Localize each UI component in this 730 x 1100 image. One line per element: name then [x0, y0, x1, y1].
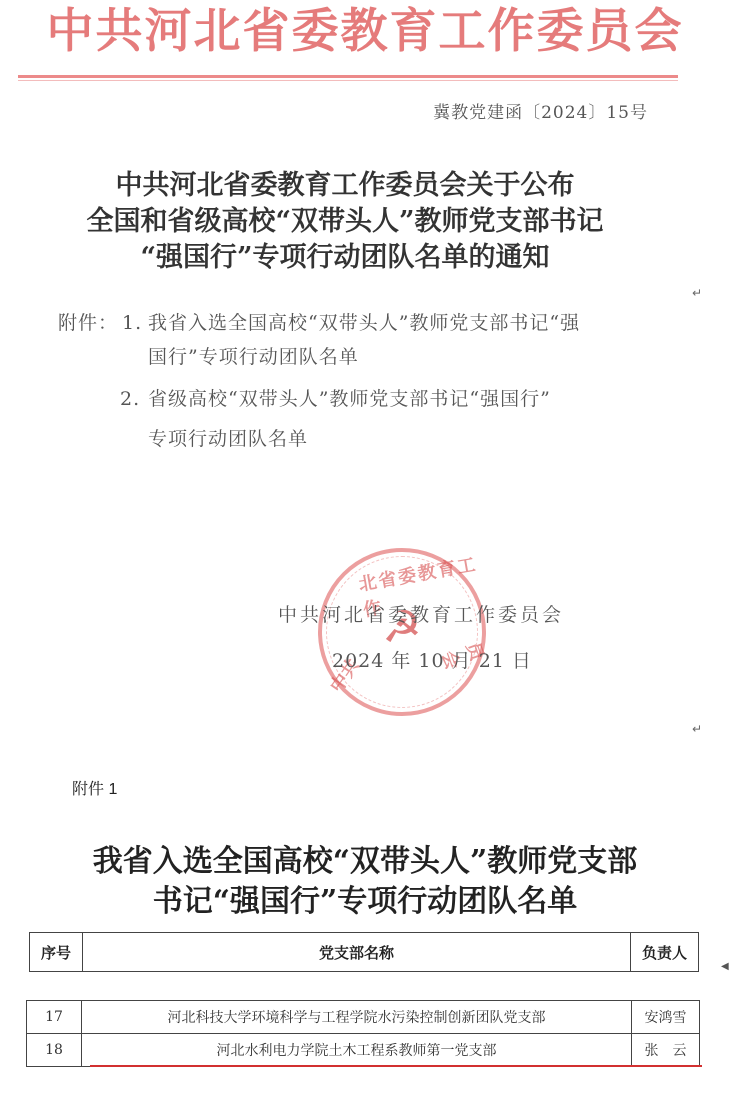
annex-title-line-2: 书记“强国行”专项行动团队名单 [0, 882, 730, 922]
attachment-1-number: 1. [122, 310, 142, 336]
attachment-1-line-1: 我省入选全国高校“双带头人”教师党支部书记“强 [148, 310, 580, 336]
attachment-2-line-2: 专项行动团队名单 [148, 426, 308, 452]
letterhead-rule [18, 75, 678, 78]
table-row: 17 河北科技大学环境科学与工程学院水污染控制创新团队党支部 安鸿雪 [27, 1001, 700, 1034]
branch-table: 17 河北科技大学环境科学与工程学院水污染控制创新团队党支部 安鸿雪 18 河北… [26, 1000, 700, 1067]
row-branch-name: 河北水利电力学院土木工程系教师第一党支部 [82, 1034, 632, 1067]
notice-title-line-2: 全国和省级高校“双带头人”教师党支部书记 [0, 204, 690, 240]
header-no: 序号 [30, 933, 83, 972]
paragraph-mark-icon: ↵ [692, 286, 702, 300]
attachments-prefix: 附件： [58, 310, 118, 336]
row-branch-name: 河北科技大学环境科学与工程学院水污染控制创新团队党支部 [82, 1001, 632, 1034]
highlight-underline [90, 1065, 702, 1067]
row-leader: 张 云 [632, 1034, 700, 1067]
table-row: 18 河北水利电力学院土木工程系教师第一党支部 张 云 [27, 1034, 700, 1067]
header-leader: 负责人 [631, 933, 699, 972]
document-number: 冀教党建函〔2024〕15号 [433, 98, 648, 123]
letterhead-org-name: 中共河北省委教育工作委员会 [0, 2, 730, 62]
attachment-2-line-1: 省级高校“双带头人”教师党支部书记“强国行” [148, 386, 551, 412]
letterhead-rule-thin [18, 80, 678, 81]
annex-title-line-1: 我省入选全国高校“双带头人”教师党支部 [0, 842, 730, 882]
attachment-2-number: 2. [120, 386, 140, 412]
official-seal: ☭ 北省委教育工作 中共 员会 [318, 548, 486, 716]
notice-title-line-3: “强国行”专项行动团队名单的通知 [0, 240, 690, 276]
notice-title-line-1: 中共河北省委教育工作委员会关于公布 [0, 168, 690, 204]
signature-date: 2024 年 10 月 21 日 [332, 646, 532, 673]
row-no: 17 [27, 1001, 82, 1034]
signature-org: 中共河北省委教育工作委员会 [278, 600, 564, 627]
row-leader: 安鸿雪 [632, 1001, 700, 1034]
paragraph-mark-icon-2: ↵ [692, 722, 702, 736]
side-marker-icon: ◀ [721, 961, 729, 972]
attachment-1-line-2: 国行”专项行动团队名单 [148, 344, 359, 370]
table-header: 序号 党支部名称 负责人 [29, 932, 699, 972]
annex-label: 附件 1 [72, 776, 117, 799]
header-branch-name: 党支部名称 [83, 933, 631, 972]
row-no: 18 [27, 1034, 82, 1067]
